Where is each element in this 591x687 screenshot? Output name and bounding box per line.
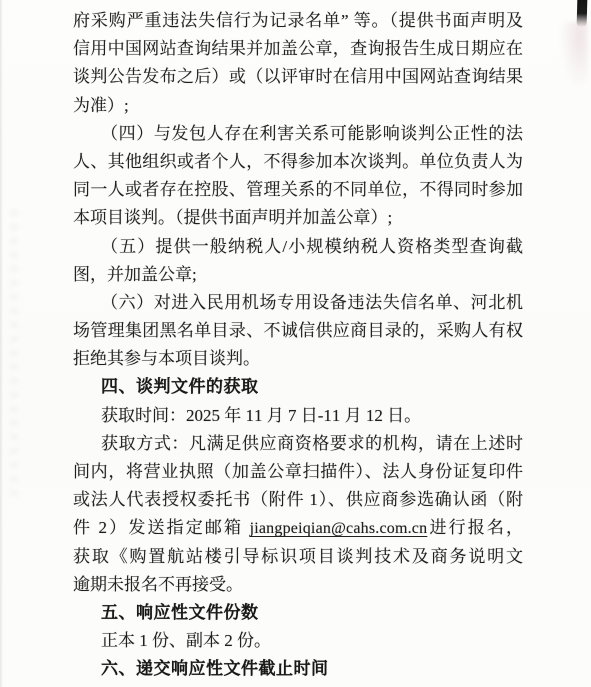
- text-line: 拒绝其参与本项目谈判。: [73, 345, 523, 373]
- text-line: （五）提供一般纳税人/小规模纳税人资格类型查询截: [73, 233, 523, 261]
- text-line: 获取时间：2025 年 11 月 7 日-11 月 12 日。: [73, 402, 523, 430]
- scanned-document-page: 府采购严重违法失信行为记录名单” 等。（提供书面声明及信用中国网站查询结果并加盖…: [0, 0, 591, 687]
- text-line: 正本 1 份、副本 2 份。: [73, 627, 523, 655]
- text-line: 图，并加盖公章;: [73, 261, 523, 289]
- text-segment: 进行报名，: [427, 518, 523, 537]
- scan-corner-mark: [577, 0, 588, 27]
- text-line: （六）对进入民用机场专用设备违法失信名单、河北机: [73, 289, 523, 317]
- document-body: 府采购严重违法失信行为记录名单” 等。（提供书面声明及信用中国网站查询结果并加盖…: [73, 7, 523, 684]
- section-heading: 六、递交响应性文件截止时间: [73, 655, 523, 683]
- text-line: 获取方式：凡满足供应商资格要求的机构，请在上述时: [73, 430, 523, 458]
- text-line: 场管理集团黑名单目录、不诚信供应商目录的，采购人有权: [73, 317, 523, 345]
- text-line: 或法人代表授权委托书（附件 1）、供应商参选确认函（附: [73, 486, 523, 514]
- text-line: 逾期未报名不再接受。: [73, 571, 523, 599]
- text-line: （四）与发包人存在利害关系可能影响谈判公正性的法: [73, 120, 523, 148]
- text-line: 间内，将营业执照（加盖公章扫描件）、法人身份证复印件: [73, 458, 523, 486]
- text-line: 人、其他组织或者个人，不得参加本次谈判。单位负责人为: [73, 148, 523, 176]
- text-line: 信用中国网站查询结果并加盖公章，查询报告生成日期应在: [73, 35, 523, 63]
- text-line: 本项目谈判。（提供书面声明并加盖公章）;: [73, 204, 523, 232]
- text-line: 为准）;: [73, 92, 523, 120]
- section-heading: 四、谈判文件的获取: [73, 373, 523, 401]
- text-line: 获取《购置航站楼引导标识项目谈判技术及商务说明文件》。: [73, 543, 523, 571]
- text-segment: 件 2）发送指定邮箱: [73, 518, 250, 537]
- text-line: 谈判公告发布之后）或（以评审时在信用中国网站查询结果: [73, 63, 523, 91]
- bleed-through-artifact: [10, 210, 18, 500]
- page-edge-shading: [0, 0, 3, 687]
- section-heading: 五、响应性文件份数: [73, 599, 523, 627]
- scan-smudge-artifact: [560, 22, 588, 92]
- email-address: jiangpeiqian@cahs.com.cn: [250, 520, 428, 537]
- text-line: 同一人或者存在控股、管理关系的不同单位，不得同时参加: [73, 176, 523, 204]
- text-line: 件 2）发送指定邮箱 jiangpeiqian@cahs.com.cn进行报名，: [73, 514, 523, 542]
- text-line: 府采购严重违法失信行为记录名单” 等。（提供书面声明及: [73, 7, 523, 35]
